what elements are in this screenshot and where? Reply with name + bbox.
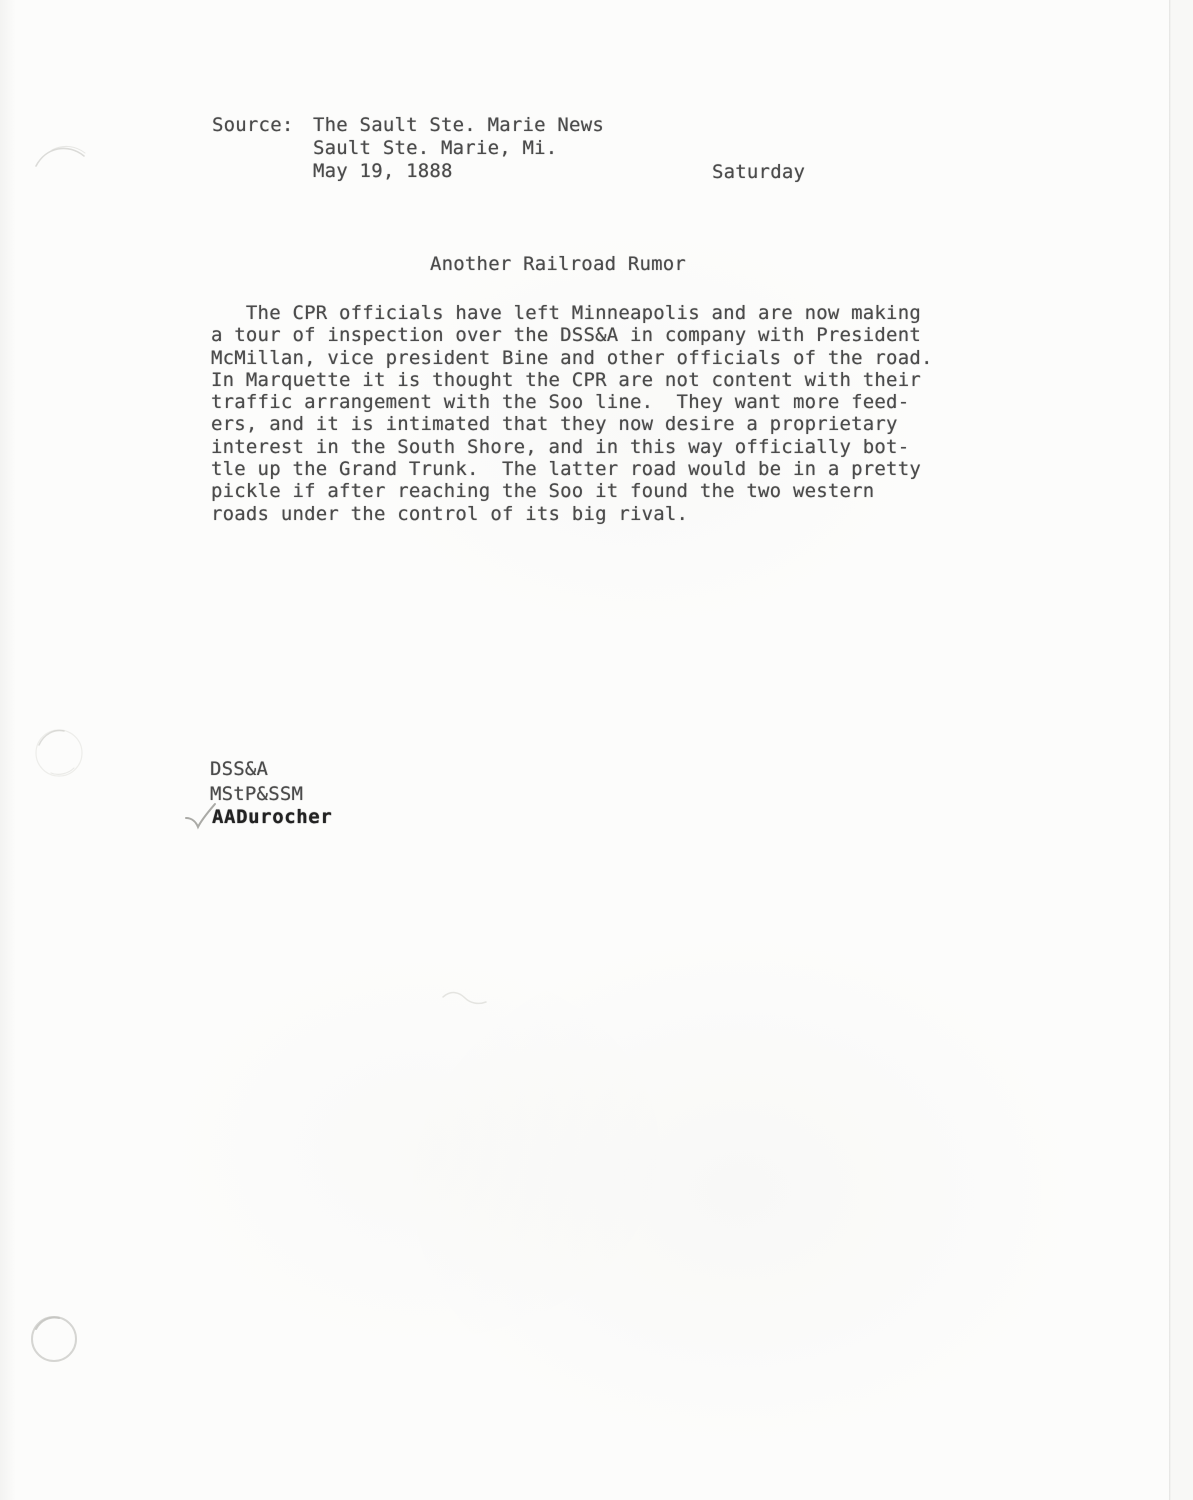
scanned-document-page: Source: The Sault Ste. Marie News Sault … <box>0 0 1193 1500</box>
paper-left-edge-shadow <box>0 0 16 1500</box>
article-title: Another Railroad Rumor <box>430 253 686 275</box>
punch-hole-bottom <box>28 1312 86 1370</box>
scanner-right-margin <box>1171 0 1193 1500</box>
weekday-label: Saturday <box>712 161 805 183</box>
source-label: Source: <box>212 114 293 136</box>
pencil-checkmark-icon <box>184 801 222 837</box>
index-tags: DSS&A MStP&SSM <box>210 757 303 807</box>
punch-hole-top-arc <box>30 138 90 178</box>
scan-mottling <box>0 0 1193 1500</box>
faint-pencil-squiggle <box>440 985 490 1013</box>
punch-hole-middle <box>30 724 88 782</box>
source-details: The Sault Ste. Marie News Sault Ste. Mar… <box>313 114 604 183</box>
signature-name: AADurocher <box>212 806 332 828</box>
article-body: The CPR officials have left Minneapolis … <box>211 302 933 525</box>
